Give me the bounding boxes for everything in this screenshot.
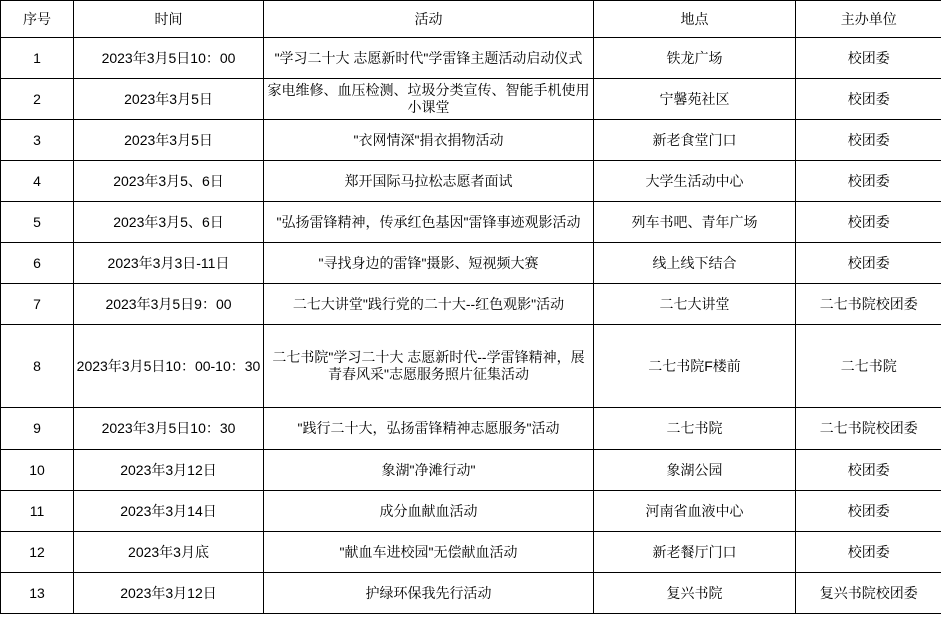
row-number-cell: 5 bbox=[1, 202, 74, 243]
activities-table: 序号 时间 活动 地点 主办单位 1 2023年3月5日10：00 "学习二十大… bbox=[0, 0, 941, 614]
location-cell: 线上线下结合 bbox=[594, 243, 796, 284]
location-cell: 宁馨苑社区 bbox=[594, 79, 796, 120]
organizer-cell: 校团委 bbox=[796, 79, 941, 120]
row-number-cell: 9 bbox=[1, 408, 74, 450]
location-cell: 新老餐厅门口 bbox=[594, 532, 796, 573]
location-cell: 列车书吧、青年广场 bbox=[594, 202, 796, 243]
table-row: 13 2023年3月12日 护绿环保我先行活动 复兴书院 复兴书院校团委 bbox=[1, 573, 941, 614]
time-cell: 2023年3月12日 bbox=[74, 573, 264, 614]
row-number-cell: 11 bbox=[1, 491, 74, 532]
activity-cell: 成分血献血活动 bbox=[264, 491, 594, 532]
row-number-cell: 2 bbox=[1, 79, 74, 120]
table-row: 4 2023年3月5、6日 郑开国际马拉松志愿者面试 大学生活动中心 校团委 bbox=[1, 161, 941, 202]
time-cell: 2023年3月5、6日 bbox=[74, 161, 264, 202]
activity-cell: 郑开国际马拉松志愿者面试 bbox=[264, 161, 594, 202]
location-cell: 二七大讲堂 bbox=[594, 284, 796, 325]
activity-cell: 护绿环保我先行活动 bbox=[264, 573, 594, 614]
table-row: 6 2023年3月3日-11日 "寻找身边的雷锋"摄影、短视频大赛 线上线下结合… bbox=[1, 243, 941, 284]
header-time: 时间 bbox=[74, 1, 264, 38]
header-row: 序号 时间 活动 地点 主办单位 bbox=[1, 1, 941, 38]
time-cell: 2023年3月5日10：00 bbox=[74, 38, 264, 79]
activity-cell: 二七大讲堂"践行党的二十大--红色观影"活动 bbox=[264, 284, 594, 325]
time-cell: 2023年3月5、6日 bbox=[74, 202, 264, 243]
location-cell: 大学生活动中心 bbox=[594, 161, 796, 202]
header-organizer: 主办单位 bbox=[796, 1, 941, 38]
row-number-cell: 7 bbox=[1, 284, 74, 325]
table-row: 9 2023年3月5日10：30 "践行二十大，弘扬雷锋精神志愿服务"活动 二七… bbox=[1, 408, 941, 450]
table-row: 5 2023年3月5、6日 "弘扬雷锋精神，传承红色基因"雷锋事迹观影活动 列车… bbox=[1, 202, 941, 243]
location-cell: 河南省血液中心 bbox=[594, 491, 796, 532]
table-row: 1 2023年3月5日10：00 "学习二十大 志愿新时代"学雷锋主题活动启动仪… bbox=[1, 38, 941, 79]
row-number-cell: 8 bbox=[1, 325, 74, 408]
organizer-cell: 校团委 bbox=[796, 38, 941, 79]
table-body: 1 2023年3月5日10：00 "学习二十大 志愿新时代"学雷锋主题活动启动仪… bbox=[1, 38, 941, 614]
row-number-cell: 12 bbox=[1, 532, 74, 573]
row-number-cell: 4 bbox=[1, 161, 74, 202]
table-row: 12 2023年3月底 "献血车进校园"无偿献血活动 新老餐厅门口 校团委 bbox=[1, 532, 941, 573]
activity-cell: 象湖"净滩行动" bbox=[264, 450, 594, 491]
table-row: 11 2023年3月14日 成分血献血活动 河南省血液中心 校团委 bbox=[1, 491, 941, 532]
time-cell: 2023年3月3日-11日 bbox=[74, 243, 264, 284]
time-cell: 2023年3月5日 bbox=[74, 120, 264, 161]
row-number-cell: 1 bbox=[1, 38, 74, 79]
table-row: 2 2023年3月5日 家电维修、血压检测、垃圾分类宣传、智能手机使用小课堂 宁… bbox=[1, 79, 941, 120]
organizer-cell: 校团委 bbox=[796, 202, 941, 243]
table-row: 3 2023年3月5日 "衣网情深"捐衣捐物活动 新老食堂门口 校团委 bbox=[1, 120, 941, 161]
row-number-cell: 10 bbox=[1, 450, 74, 491]
organizer-cell: 校团委 bbox=[796, 491, 941, 532]
organizer-cell: 二七书院校团委 bbox=[796, 408, 941, 450]
organizer-cell: 复兴书院校团委 bbox=[796, 573, 941, 614]
row-number-cell: 13 bbox=[1, 573, 74, 614]
activity-cell: "弘扬雷锋精神，传承红色基因"雷锋事迹观影活动 bbox=[264, 202, 594, 243]
time-cell: 2023年3月5日9：00 bbox=[74, 284, 264, 325]
header-activity: 活动 bbox=[264, 1, 594, 38]
table-row: 8 2023年3月5日10：00-10：30 二七书院"学习二十大 志愿新时代-… bbox=[1, 325, 941, 408]
activity-cell: 家电维修、血压检测、垃圾分类宣传、智能手机使用小课堂 bbox=[264, 79, 594, 120]
time-cell: 2023年3月底 bbox=[74, 532, 264, 573]
time-cell: 2023年3月5日 bbox=[74, 79, 264, 120]
row-number-cell: 3 bbox=[1, 120, 74, 161]
table-row: 10 2023年3月12日 象湖"净滩行动" 象湖公园 校团委 bbox=[1, 450, 941, 491]
organizer-cell: 校团委 bbox=[796, 450, 941, 491]
table-row: 7 2023年3月5日9：00 二七大讲堂"践行党的二十大--红色观影"活动 二… bbox=[1, 284, 941, 325]
organizer-cell: 二七书院校团委 bbox=[796, 284, 941, 325]
time-cell: 2023年3月12日 bbox=[74, 450, 264, 491]
activity-cell: "寻找身边的雷锋"摄影、短视频大赛 bbox=[264, 243, 594, 284]
time-cell: 2023年3月14日 bbox=[74, 491, 264, 532]
location-cell: 二七书院F楼前 bbox=[594, 325, 796, 408]
activity-cell: "献血车进校园"无偿献血活动 bbox=[264, 532, 594, 573]
activity-cell: "学习二十大 志愿新时代"学雷锋主题活动启动仪式 bbox=[264, 38, 594, 79]
organizer-cell: 校团委 bbox=[796, 532, 941, 573]
header-location: 地点 bbox=[594, 1, 796, 38]
row-number-cell: 6 bbox=[1, 243, 74, 284]
location-cell: 铁龙广场 bbox=[594, 38, 796, 79]
time-cell: 2023年3月5日10：00-10：30 bbox=[74, 325, 264, 408]
organizer-cell: 校团委 bbox=[796, 161, 941, 202]
location-cell: 象湖公园 bbox=[594, 450, 796, 491]
location-cell: 新老食堂门口 bbox=[594, 120, 796, 161]
activity-cell: "衣网情深"捐衣捐物活动 bbox=[264, 120, 594, 161]
organizer-cell: 校团委 bbox=[796, 120, 941, 161]
organizer-cell: 二七书院 bbox=[796, 325, 941, 408]
activity-cell: "践行二十大，弘扬雷锋精神志愿服务"活动 bbox=[264, 408, 594, 450]
location-cell: 复兴书院 bbox=[594, 573, 796, 614]
organizer-cell: 校团委 bbox=[796, 243, 941, 284]
activity-cell: 二七书院"学习二十大 志愿新时代--学雷锋精神，展青春风采"志愿服务照片征集活动 bbox=[264, 325, 594, 408]
table-header: 序号 时间 活动 地点 主办单位 bbox=[1, 1, 941, 38]
time-cell: 2023年3月5日10：30 bbox=[74, 408, 264, 450]
header-no: 序号 bbox=[1, 1, 74, 38]
location-cell: 二七书院 bbox=[594, 408, 796, 450]
